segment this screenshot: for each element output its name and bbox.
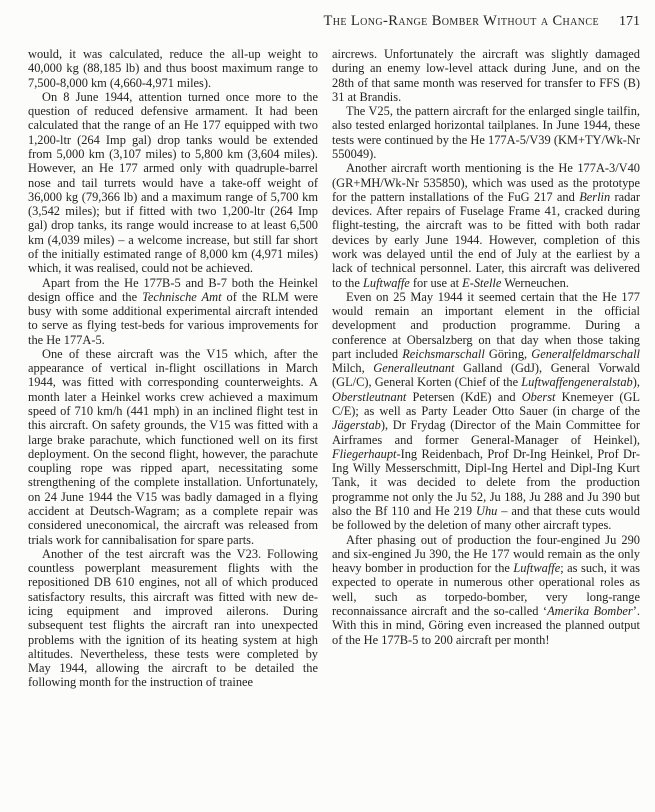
- running-header: The Long-Range Bomber Without a Chance17…: [0, 12, 640, 30]
- paragraph: After phasing out of production the four…: [332, 533, 640, 647]
- chapter-title: The Long-Range Bomber Without a Chance: [323, 13, 599, 29]
- paragraph: Apart from the He 177B-5 and B-7 both th…: [28, 276, 318, 347]
- paragraph: would, it was calculated, reduce the all…: [28, 47, 318, 90]
- paragraph: Even on 25 May 1944 it seemed certain th…: [332, 290, 640, 533]
- left-column: would, it was calculated, reduce the all…: [28, 47, 318, 690]
- paragraph: The V25, the pattern aircraft for the en…: [332, 104, 640, 161]
- paragraph: One of these aircraft was the V15 which,…: [28, 347, 318, 547]
- text-columns: would, it was calculated, reduce the all…: [28, 47, 640, 690]
- paragraph: Another aircraft worth mentioning is the…: [332, 161, 640, 290]
- page-number: 171: [619, 14, 640, 29]
- paragraph: aircrews. Unfortunately the aircraft was…: [332, 47, 640, 104]
- right-column: aircrews. Unfortunately the aircraft was…: [332, 47, 640, 690]
- book-page: The Long-Range Bomber Without a Chance17…: [0, 0, 655, 812]
- paragraph: On 8 June 1944, attention turned once mo…: [28, 90, 318, 276]
- paragraph: Another of the test aircraft was the V23…: [28, 547, 318, 690]
